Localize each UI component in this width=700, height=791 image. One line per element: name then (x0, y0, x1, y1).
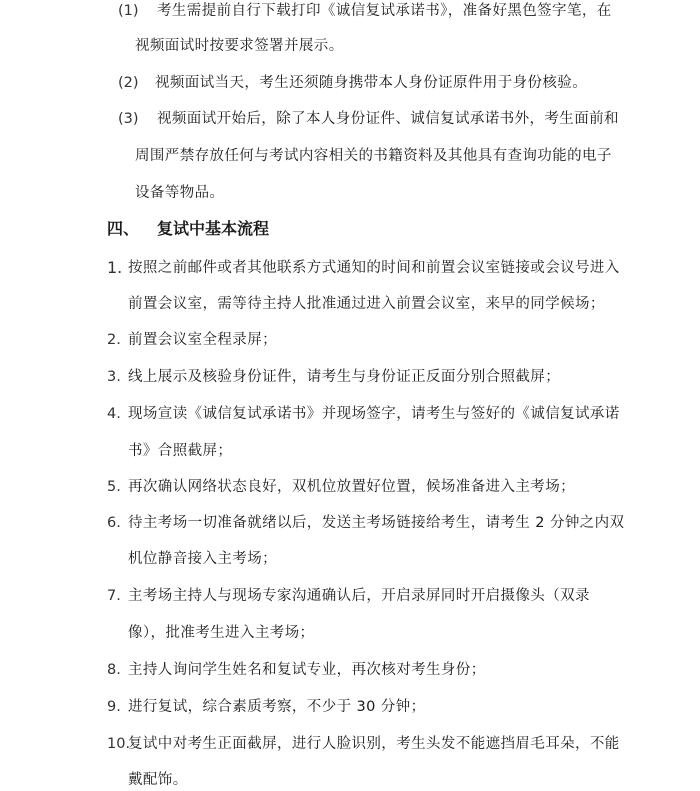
sub-item-label: (1) (118, 1, 139, 21)
step-text: 机位静音接入主考场； (128, 549, 277, 569)
sub-item-text: 周围严禁存放任何与考试内容相关的书籍资料及其他具有查询功能的电子 (135, 146, 612, 166)
step-number: 2. (107, 330, 121, 350)
step-text: 前置会议室，需等待主持人批准通过进入前置会议室，来早的同学候场； (128, 294, 605, 314)
step-text: 像），批准考生进入主考场； (128, 623, 314, 643)
step-number: 10. (107, 734, 130, 754)
step-number: 7. (107, 586, 121, 606)
step-text: 主考场主持人与现场专家沟通确认后，开启录屏同时开启摄像头（双录 (128, 586, 590, 606)
section-title: 复试中基本流程 (157, 218, 269, 240)
sub-item-text: 考生需提前自行下载打印《诚信复试承诺书》，准备好黑色签字笔，在 (157, 1, 612, 21)
sub-item-text: 设备等物品。 (135, 183, 224, 203)
step-text: 复试中对考生正面截屏，进行人脸识别，考生头发不能遮挡眉毛耳朵，不能 (128, 734, 620, 754)
step-text: 按照之前邮件或者其他联系方式通知的时间和前置会议室链接或会议号进入 (128, 258, 620, 278)
step-number: 1. (107, 258, 122, 278)
sub-item-label: (3) (118, 109, 139, 129)
step-text: 再次确认网络状态良好，双机位放置好位置，候场准备进入主考场； (128, 477, 575, 497)
step-text: 前置会议室全程录屏； (128, 330, 277, 350)
step-text: 戴配饰。 (128, 770, 188, 790)
section-number: 四、 (107, 218, 139, 240)
step-text: 进行复试，综合素质考察，不少于 30 分钟； (128, 697, 425, 717)
sub-item-text: 视频面试当天，考生还须随身携带本人身份证原件用于身份核验。 (155, 73, 587, 93)
step-number: 6. (107, 513, 121, 533)
step-text: 线上展示及核验身份证件，请考生与身份证正反面分别合照截屏； (128, 367, 560, 387)
step-number: 9. (107, 697, 121, 717)
sub-item-text: 视频面试时按要求签署并展示。 (135, 36, 344, 56)
sub-item-label: (2) (118, 73, 139, 93)
step-number: 5. (107, 477, 121, 497)
step-text: 主持人询问学生姓名和复试专业，再次核对考生身份； (128, 660, 486, 680)
step-number: 3. (107, 367, 121, 387)
sub-item-text: 视频面试开始后，除了本人身份证件、诚信复试承诺书外，考生面前和 (157, 109, 619, 129)
step-text: 待主考场一切准备就绪以后，发送主考场链接给考生，请考生 2 分钟之内双 (128, 513, 624, 533)
step-text: 书》合照截屏； (128, 441, 232, 461)
step-text: 现场宣读《诚信复试承诺书》并现场签字，请考生与签好的《诚信复试承诺 (128, 404, 620, 424)
step-number: 8. (107, 660, 121, 680)
step-number: 4. (107, 404, 121, 424)
